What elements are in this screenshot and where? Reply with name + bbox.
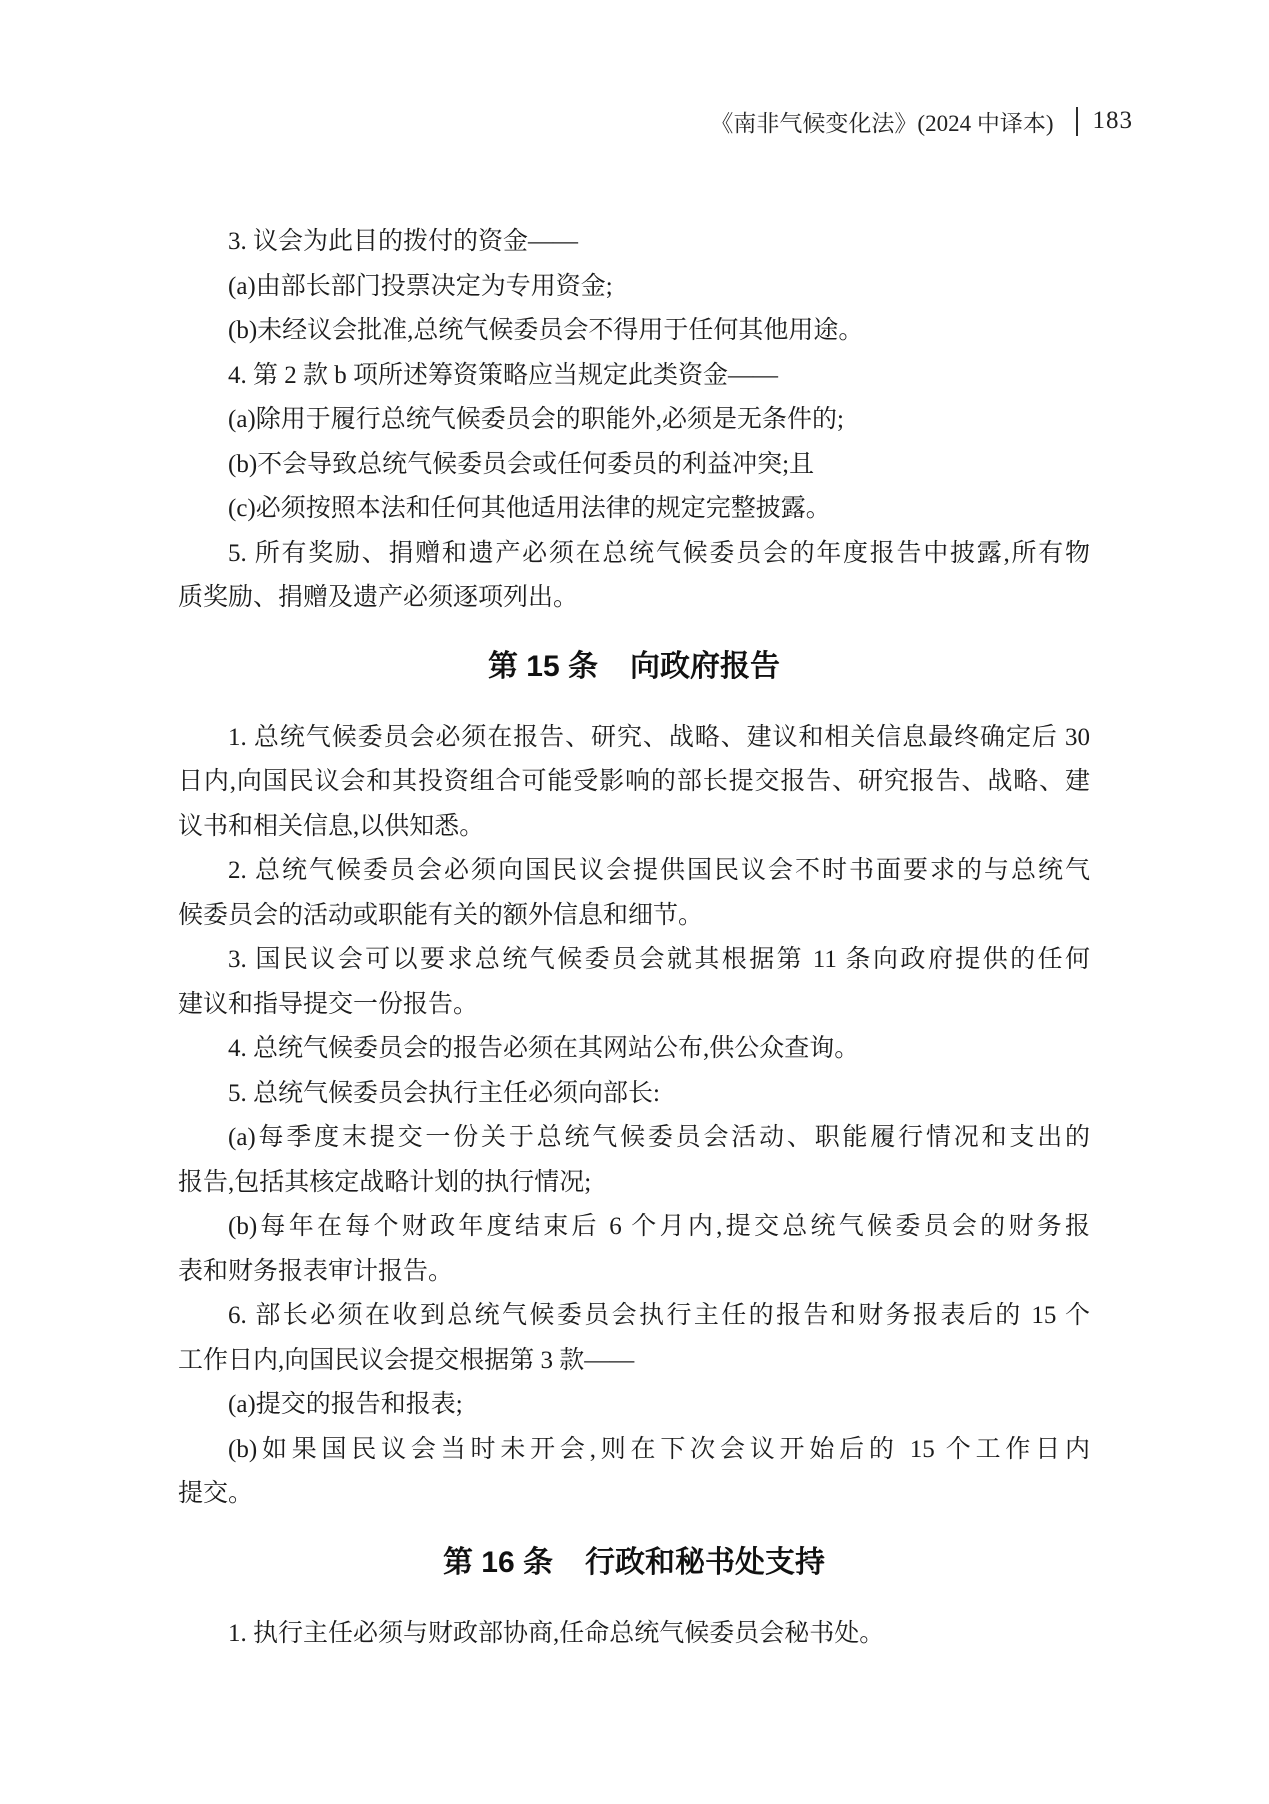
body-line: (a)每季度末提交一份关于总统气候委员会活动、职能履行情况和支出的 <box>178 1116 1090 1161</box>
document-body: 3. 议会为此目的拨付的资金——(a)由部长部门投票决定为专用资金;(b)未经议… <box>178 220 1090 1656</box>
body-line: (a)由部长部门投票决定为专用资金; <box>178 265 1090 310</box>
body-line: (a)除用于履行总统气候委员会的职能外,必须是无条件的; <box>178 398 1090 443</box>
body-line: 1. 执行主任必须与财政部协商,任命总统气候委员会秘书处。 <box>178 1612 1090 1657</box>
body-line: 报告,包括其核定战略计划的执行情况; <box>178 1161 1090 1206</box>
body-line: 提交。 <box>178 1472 1090 1517</box>
body-line: 4. 第 2 款 b 项所述筹资策略应当规定此类资金—— <box>178 354 1090 399</box>
body-line: 工作日内,向国民议会提交根据第 3 款—— <box>178 1339 1090 1384</box>
body-line: (a)提交的报告和报表; <box>178 1383 1090 1428</box>
page-number: 183 <box>1093 107 1134 135</box>
running-head-title: 《南非气候变化法》(2024 中译本) <box>710 105 1053 138</box>
body-line: 建议和指导提交一份报告。 <box>178 983 1090 1028</box>
body-line: 3. 国民议会可以要求总统气候委员会就其根据第 11 条向政府提供的任何 <box>178 938 1090 983</box>
heading-number: 第 15 条 <box>488 650 598 683</box>
heading-title: 向政府报告 <box>630 650 780 683</box>
body-line: (c)必须按照本法和任何其他适用法律的规定完整披露。 <box>178 487 1090 532</box>
body-line: 2. 总统气候委员会必须向国民议会提供国民议会不时书面要求的与总统气 <box>178 849 1090 894</box>
body-line: (b)如果国民议会当时未开会,则在下次会议开始后的 15 个工作日内 <box>178 1428 1090 1473</box>
section-heading: 第 15 条向政府报告 <box>178 643 1090 690</box>
body-line: 候委员会的活动或职能有关的额外信息和细节。 <box>178 894 1090 939</box>
body-line: 4. 总统气候委员会的报告必须在其网站公布,供公众查询。 <box>178 1027 1090 1072</box>
body-line: (b)未经议会批准,总统气候委员会不得用于任何其他用途。 <box>178 309 1090 354</box>
header-divider <box>1076 107 1078 136</box>
body-line: 5. 所有奖励、捐赠和遗产必须在总统气候委员会的年度报告中披露,所有物 <box>178 532 1090 577</box>
body-line: 6. 部长必须在收到总统气候委员会执行主任的报告和财务报表后的 15 个 <box>178 1294 1090 1339</box>
heading-title: 行政和秘书处支持 <box>585 1546 825 1579</box>
document-page: 《南非气候变化法》(2024 中译本) 183 3. 议会为此目的拨付的资金——… <box>0 0 1269 1804</box>
body-line: 表和财务报表审计报告。 <box>178 1250 1090 1295</box>
body-line: 日内,向国民议会和其投资组合可能受影响的部长提交报告、研究报告、战略、建 <box>178 760 1090 805</box>
body-line: 3. 议会为此目的拨付的资金—— <box>178 220 1090 265</box>
body-line: 质奖励、捐赠及遗产必须逐项列出。 <box>178 576 1090 621</box>
body-line: (b)每年在每个财政年度结束后 6 个月内,提交总统气候委员会的财务报 <box>178 1205 1090 1250</box>
body-line: 议书和相关信息,以供知悉。 <box>178 805 1090 850</box>
page-header: 《南非气候变化法》(2024 中译本) 183 <box>710 103 1133 139</box>
body-line: 1. 总统气候委员会必须在报告、研究、战略、建议和相关信息最终确定后 30 <box>178 716 1090 761</box>
section-heading: 第 16 条行政和秘书处支持 <box>178 1539 1090 1586</box>
body-line: (b)不会导致总统气候委员会或任何委员的利益冲突;且 <box>178 443 1090 488</box>
heading-number: 第 16 条 <box>443 1546 553 1579</box>
body-line: 5. 总统气候委员会执行主任必须向部长: <box>178 1072 1090 1117</box>
